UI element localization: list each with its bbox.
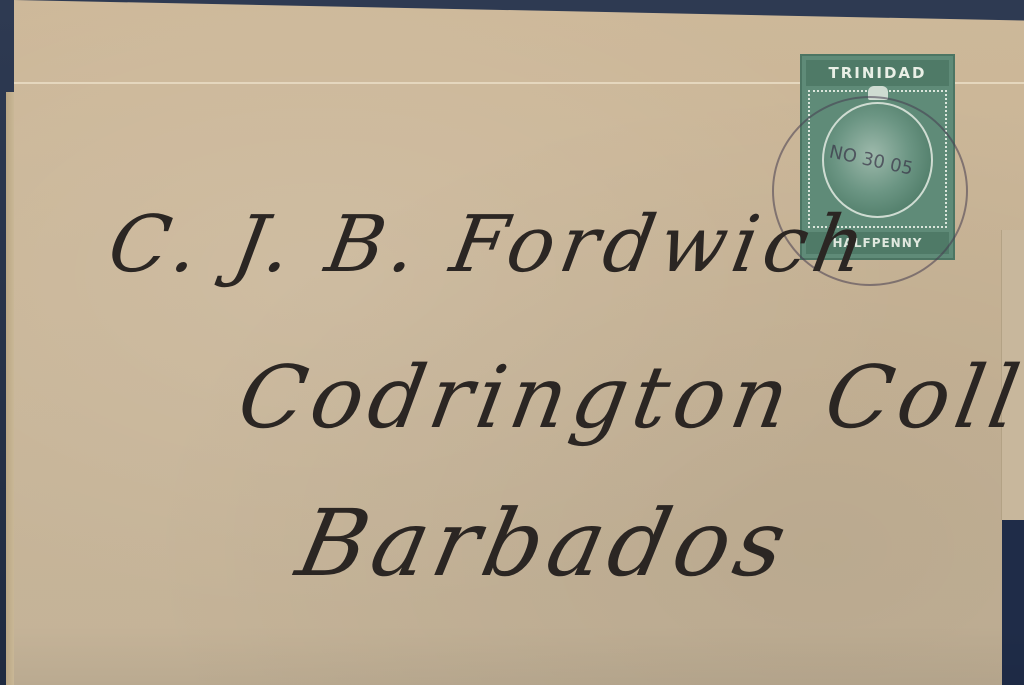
stamp-country: TRINIDAD: [806, 60, 949, 86]
address-name: C. J. B. Fordwich: [102, 200, 878, 290]
address-country: Barbados: [289, 490, 801, 597]
paper-shading: [14, 625, 1024, 685]
address-institution: Codrington College: [231, 348, 1024, 448]
